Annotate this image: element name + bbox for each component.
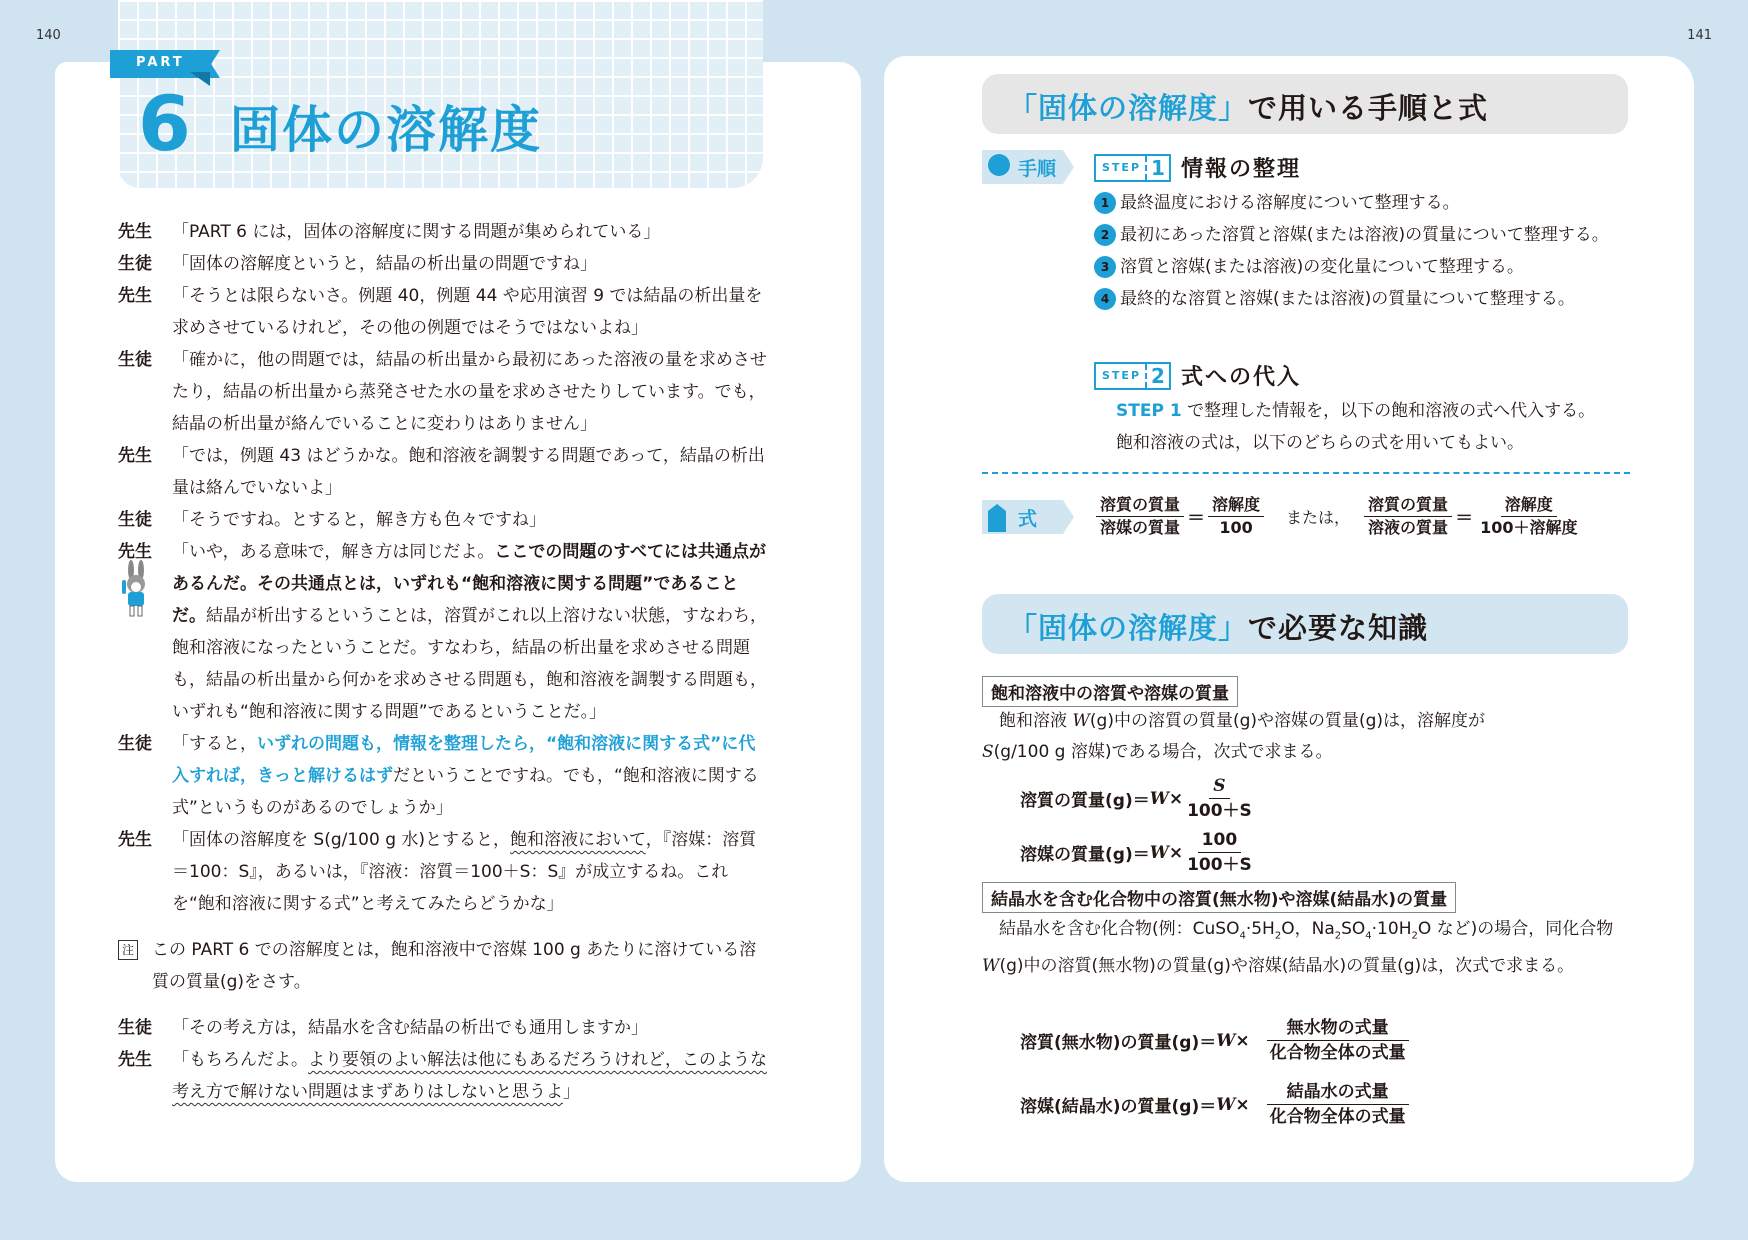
speaker-label: 先生: [118, 440, 172, 504]
box-title-hydrate: 結晶水を含む化合物中の溶質(無水物)や溶媒(結晶水)の質量: [982, 882, 1456, 913]
equation-water-of-crystallization-mass: 溶媒(結晶水)の質量(g)＝W× 結晶水の式量化合物全体の式量: [1020, 1080, 1426, 1129]
dialogue-line: 生徒「すると，いずれの問題も，情報を整理したら，“飽和溶液に関する式”に代入すれ…: [118, 728, 768, 824]
note-text: この PART 6 での溶解度とは，飽和溶液中で溶媒 100 g あたりに溶けて…: [152, 934, 768, 998]
dialogue-line: 生徒「そうですね。とすると，解き方も色々ですね」: [118, 504, 768, 536]
speaker-label: 生徒: [118, 504, 172, 536]
procedure-header-rest: で用いる手順と式: [1248, 91, 1488, 125]
dialogue-line: 先生「いや，ある意味で，解き方は同じだよ。ここでの問題のすべてには共通点があるん…: [118, 536, 768, 728]
speaker-label: 生徒: [118, 728, 172, 824]
step2-block: STEP2 式への代入 STEP 1 で整理した情報を，以下の飽和溶液の式へ代入…: [1094, 360, 1634, 459]
equation-anhydrous-mass: 溶質(無水物)の質量(g)＝W× 無水物の式量化合物全体の式量: [1020, 1016, 1426, 1065]
chapter-title: 固体の溶解度: [230, 90, 542, 162]
knowledge-header-rest: で必要な知識: [1248, 611, 1428, 645]
speaker-label: 生徒: [118, 1012, 172, 1044]
speech-text: 「確かに，他の問題では，結晶の析出量から最初にあった溶液の量を求めさせたり，結晶…: [172, 344, 768, 440]
equation-solvent-mass: 溶媒の質量(g)＝W× 100100＋S: [1020, 828, 1256, 877]
page-number-left: 140: [36, 28, 61, 43]
note: 注この PART 6 での溶解度とは，飽和溶液中で溶媒 100 g あたりに溶け…: [118, 934, 768, 998]
dialogue-line: 先生「そうとは限らないさ。例題 40，例題 44 や応用演習 9 では結晶の析出…: [118, 280, 768, 344]
speaker-label: 生徒: [118, 248, 172, 280]
speaker-label: 生徒: [118, 344, 172, 440]
note-mark-icon: 注: [118, 940, 138, 960]
formula-tag: 式: [982, 500, 1074, 534]
paragraph-saturated: 飽和溶液 W(g)中の溶質の質量(g)や溶媒の質量(g)は，溶解度が S(g/1…: [982, 706, 1622, 768]
steps-tag-label: 手順: [1018, 158, 1056, 180]
speech-text: 「固体の溶解度というと，結晶の析出量の問題ですね」: [172, 248, 768, 280]
dialogue-line: 先生「もちろんだよ。より要領のよい解法は他にもあるだろうけれど，このような考え方…: [118, 1044, 768, 1108]
speech-text: 「PART 6 には，固体の溶解度に関する問題が集められている」: [172, 216, 768, 248]
number-circle-icon: 3: [1094, 256, 1116, 278]
step2-badge: STEP2: [1094, 362, 1171, 390]
step1-block: STEP1 情報の整理 1最終温度における溶解度について整理する。 2最初にあっ…: [1094, 152, 1634, 315]
step1-item: 4最終的な溶質と溶媒(または溶液)の質量について整理する。: [1094, 283, 1634, 315]
formula-tag-label: 式: [1018, 508, 1037, 530]
step2-title: 式への代入: [1181, 360, 1301, 391]
speaker-label: 先生: [118, 216, 172, 248]
number-circle-icon: 4: [1094, 288, 1116, 310]
saturated-solution-formula: 溶質の質量溶媒の質量 ＝ 溶解度100 または， 溶質の質量溶液の質量 ＝ 溶解…: [1096, 494, 1581, 539]
speech-text: 「では，例題 43 はどうかな。飽和溶液を調製する問題であって，結晶の析出量は絡…: [172, 440, 768, 504]
number-circle-icon: 2: [1094, 224, 1116, 246]
speaker-label: 先生: [118, 1044, 172, 1108]
speaker-label: 先生: [118, 280, 172, 344]
page-number-right: 141: [1687, 28, 1712, 43]
dialogue-line: 生徒「その考え方は，結晶水を含む結晶の析出でも通用しますか」: [118, 1012, 768, 1044]
step1-item: 2最初にあった溶質と溶媒(または溶液)の質量について整理する。: [1094, 219, 1634, 251]
dialogue-line: 生徒「固体の溶解度というと，結晶の析出量の問題ですね」: [118, 248, 768, 280]
speech-text: 「すると，いずれの問題も，情報を整理したら，“飽和溶液に関する式”に代入すれば，…: [172, 728, 768, 824]
step1-title: 情報の整理: [1181, 152, 1301, 183]
box-title-saturated: 飽和溶液中の溶質や溶媒の質量: [982, 676, 1238, 707]
dialogue-line: 生徒「確かに，他の問題では，結晶の析出量から最初にあった溶液の量を求めさせたり，…: [118, 344, 768, 440]
dialogue-section: 先生「PART 6 には，固体の溶解度に関する問題が集められている」生徒「固体の…: [118, 216, 768, 1108]
step1-item: 1最終温度における溶解度について整理する。: [1094, 187, 1634, 219]
step1-badge: STEP1: [1094, 154, 1171, 182]
speech-text: 「いや，ある意味で，解き方は同じだよ。ここでの問題のすべてには共通点があるんだ。…: [172, 536, 768, 728]
speaker-label: 先生: [118, 824, 172, 920]
speech-text: 「固体の溶解度を S(g/100 g 水)とすると，飽和溶液において，『溶媒：溶…: [172, 824, 768, 920]
speech-text: 「そうとは限らないさ。例題 40，例題 44 や応用演習 9 では結晶の析出量を…: [172, 280, 768, 344]
dialogue-line: 先生「PART 6 には，固体の溶解度に関する問題が集められている」: [118, 216, 768, 248]
pencil-icon: [988, 504, 1006, 532]
dialogue-line: 先生「固体の溶解度を S(g/100 g 水)とすると，飽和溶液において，『溶媒…: [118, 824, 768, 920]
paragraph-hydrate: 結晶水を含む化合物(例：CuSO4·5H2O，Na2SO4·10H2O など)の…: [982, 914, 1622, 982]
number-circle-icon: 1: [1094, 192, 1116, 214]
knowledge-header-highlight: 「固体の溶解度」: [1008, 611, 1248, 645]
speech-text: 「その考え方は，結晶水を含む結晶の析出でも通用しますか」: [172, 1012, 768, 1044]
procedure-header-highlight: 「固体の溶解度」: [1008, 91, 1248, 125]
speaker-label: 先生: [118, 536, 172, 728]
lightbulb-icon: [988, 154, 1010, 176]
step2-description: STEP 1 で整理した情報を，以下の飽和溶液の式へ代入する。 飽和溶液の式は，…: [1094, 395, 1634, 459]
equation-solute-mass: 溶質の質量(g)＝W× S100＋S: [1020, 774, 1256, 823]
speech-text: 「もちろんだよ。より要領のよい解法は他にもあるだろうけれど，このような考え方で解…: [172, 1044, 768, 1108]
steps-tag: 手順: [982, 150, 1074, 184]
step1-item: 3溶質と溶媒(または溶液)の変化量について整理する。: [1094, 251, 1634, 283]
part-number: 6: [138, 86, 191, 162]
dialogue-line: 先生「では，例題 43 はどうかな。飽和溶液を調製する問題であって，結晶の析出量…: [118, 440, 768, 504]
speech-text: 「そうですね。とすると，解き方も色々ですね」: [172, 504, 768, 536]
procedure-header: 「固体の溶解度」で用いる手順と式: [982, 74, 1628, 134]
dashed-divider: [982, 472, 1630, 474]
knowledge-header: 「固体の溶解度」で必要な知識: [982, 594, 1628, 654]
